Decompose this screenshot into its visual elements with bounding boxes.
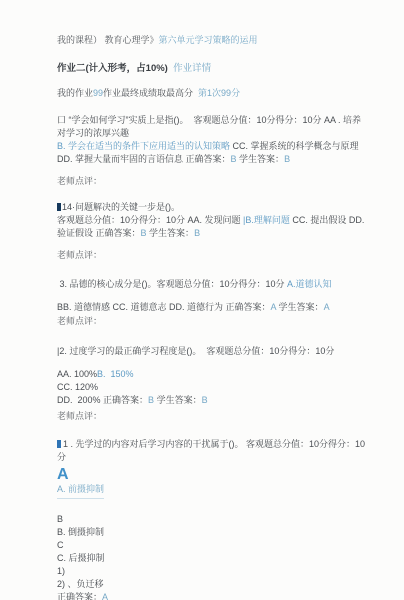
question-4-option-a-row: AA. 100%B. 150% xyxy=(57,368,368,381)
correct-answer-label: 正确答案： xyxy=(186,154,231,164)
correct-answer-label: 正确答案： xyxy=(57,592,102,600)
student-answer-label: 学生答案： xyxy=(276,302,324,312)
highlight-block-icon xyxy=(57,440,61,448)
assignment-result-page: 我的课程） 教育心理学》第六单元学习策略的运用 作业二(计入形考，占10%) 作… xyxy=(0,0,404,600)
question-5-option-d-letter: 1) xyxy=(57,566,65,576)
question-5-big-letter: A xyxy=(57,466,368,483)
student-answer-value: B xyxy=(194,228,200,238)
question-block-4: |2. 过度学习的最正确学习程度是()。 客观题总分值：10分得分：10分 AA… xyxy=(57,345,368,423)
question-5-option-d: 2) 、负迁移 xyxy=(57,579,104,589)
student-answer-value: B xyxy=(202,395,208,405)
assignment-detail-link[interactable]: 作业详情 xyxy=(173,63,211,74)
question-1-stem: “学会如何学习”实质上是指()。 客观题总分值：10分得分：10分 xyxy=(69,115,325,125)
question-5-option-c: C. 后摄抑制 xyxy=(57,553,105,563)
question-5-stem-row: 1 . 先学过的内容对后学习内容的干扰属于()。 客观题总分值：10分得分：10… xyxy=(57,438,368,464)
question-block-2: 14·问题解决的关键一步是()。 客观题总分值：10分得分：10分 AA. 发现… xyxy=(57,201,368,262)
work-summary-mid: 作业最终成绩取最高分 xyxy=(103,88,198,98)
teacher-comment: 老师点评： xyxy=(57,175,368,188)
teacher-comment: 老师点评： xyxy=(57,410,368,423)
correct-answer-label: 正确答案： xyxy=(103,395,148,405)
question-5-option-c-letter-row: C xyxy=(57,539,368,552)
question-5-option-a-selected: A. 前摄抑制 xyxy=(57,483,104,499)
question-3-stem: 3. 品德的核心成分是()。客观题总分值：10分得分：10分 xyxy=(57,279,287,289)
best-score-link[interactable]: 第1次99分 xyxy=(198,88,240,98)
question-5-option-b-letter-row: B xyxy=(57,513,368,526)
assignment-title: 作业二(计入形考，占10%) xyxy=(57,63,173,74)
question-1-stem-row: 口 “学会如何学习”实质上是指()。 客观题总分值：10分得分：10分 AA .… xyxy=(57,114,368,140)
question-4-option-a: AA. 100% xyxy=(57,369,97,379)
assignment-title-row: 作业二(计入形考，占10%) 作业详情 xyxy=(57,62,368,75)
work-summary-row: 我的作业99作业最终成绩取最高分 第1次99分 xyxy=(57,87,368,100)
correct-answer-value: A xyxy=(102,592,108,600)
question-4-option-c: CC. 120% xyxy=(57,382,98,392)
question-5-option-b-row: B. 倒摄抑制 xyxy=(57,526,368,539)
question-1-options-row: B. 学会在适当的条件下应用适当的认知策略 CC. 掌握系统的科学概念与原理 D… xyxy=(57,140,368,166)
teacher-comment: 老师点评： xyxy=(57,315,368,328)
question-5-option-c-row: C. 后摄抑制 xyxy=(57,552,368,565)
question-3-options-rest: BB. 道德情感 CC. 道德意志 DD. 道德行为 xyxy=(57,302,226,312)
work-summary-prefix: 我的作业 xyxy=(57,88,93,98)
breadcrumb: 我的课程） 教育心理学》第六单元学习策略的运用 xyxy=(57,34,368,47)
student-answer-value: A xyxy=(324,302,330,312)
question-5-option-b: B. 倒摄抑制 xyxy=(57,527,104,537)
question-4-stem: |2. 过度学习的最正确学习程度是()。 客观题总分值：10分得分：10分 xyxy=(57,346,334,356)
question-block-3: 3. 品德的核心成分是()。客观题总分值：10分得分：10分 A.道德认知 BB… xyxy=(57,278,368,328)
highlight-block-icon xyxy=(57,203,61,211)
question-2-meta: 客观题总分值：10分得分：10分 AA. 发现问题 xyxy=(57,215,243,225)
question-1-marker: 口 xyxy=(57,115,69,125)
question-5-number: 1 . xyxy=(63,439,76,449)
teacher-comment: 老师点评： xyxy=(57,249,368,262)
question-3-option-a-selected: A.道德认知 xyxy=(287,279,332,289)
student-answer-label: 学生答案： xyxy=(147,228,195,238)
question-5-option-d-letter-row: 1) xyxy=(57,565,368,578)
question-2-option-b-selected: |B.理解问题 xyxy=(243,215,290,225)
question-2-options-row: 客观题总分值：10分得分：10分 AA. 发现问题 |B.理解问题 CC. 提出… xyxy=(57,214,368,240)
question-5-answer-row: 正确答案：A xyxy=(57,591,368,600)
question-block-1: 口 “学会如何学习”实质上是指()。 客观题总分值：10分得分：10分 AA .… xyxy=(57,114,368,188)
question-3-options-row: BB. 道德情感 CC. 道德意志 DD. 道德行为 正确答案：A 学生答案：A xyxy=(57,301,368,314)
student-answer-value: B xyxy=(284,154,290,164)
question-5-option-c-letter: C xyxy=(57,540,64,550)
correct-answer-label: 正确答案： xyxy=(96,228,141,238)
question-3-stem-row: 3. 品德的核心成分是()。客观题总分值：10分得分：10分 A.道德认知 xyxy=(57,278,368,291)
question-5-option-b-letter: B xyxy=(57,514,63,524)
question-5-option-a-row: A. 前摄抑制 xyxy=(57,483,368,499)
question-5-stem: 先学过的内容对后学习内容的干扰属于()。 客观题总分值：10分得分：10分 xyxy=(57,439,365,462)
student-answer-label: 学生答案： xyxy=(237,154,285,164)
breadcrumb-unit-link[interactable]: 第六单元学习策略的运用 xyxy=(159,35,258,45)
question-2-number: 14· xyxy=(62,202,75,212)
question-2-stem-row: 14·问题解决的关键一步是()。 xyxy=(57,201,368,214)
student-answer-label: 学生答案： xyxy=(154,395,202,405)
question-4-option-d: DD. 200% xyxy=(57,395,103,405)
question-block-5: 1 . 先学过的内容对后学习内容的干扰属于()。 客观题总分值：10分得分：10… xyxy=(57,438,368,600)
question-4-option-c-row: CC. 120% xyxy=(57,381,368,394)
question-5-option-d-row: 2) 、负迁移 xyxy=(57,578,368,591)
correct-answer-label: 正确答案： xyxy=(226,302,271,312)
question-2-stem: 问题解决的关键一步是()。 xyxy=(75,202,180,212)
question-4-option-d-row: DD. 200% 正确答案：B 学生答案：B xyxy=(57,394,368,407)
breadcrumb-text: 我的课程） 教育心理学》 xyxy=(57,35,159,45)
work-score: 99 xyxy=(93,88,103,98)
question-1-option-b-selected: B. 学会在适当的条件下应用适当的认知策略 xyxy=(57,141,230,151)
question-4-stem-row: |2. 过度学习的最正确学习程度是()。 客观题总分值：10分得分：10分 xyxy=(57,345,368,358)
question-4-option-b-selected: B. 150% xyxy=(97,369,134,379)
